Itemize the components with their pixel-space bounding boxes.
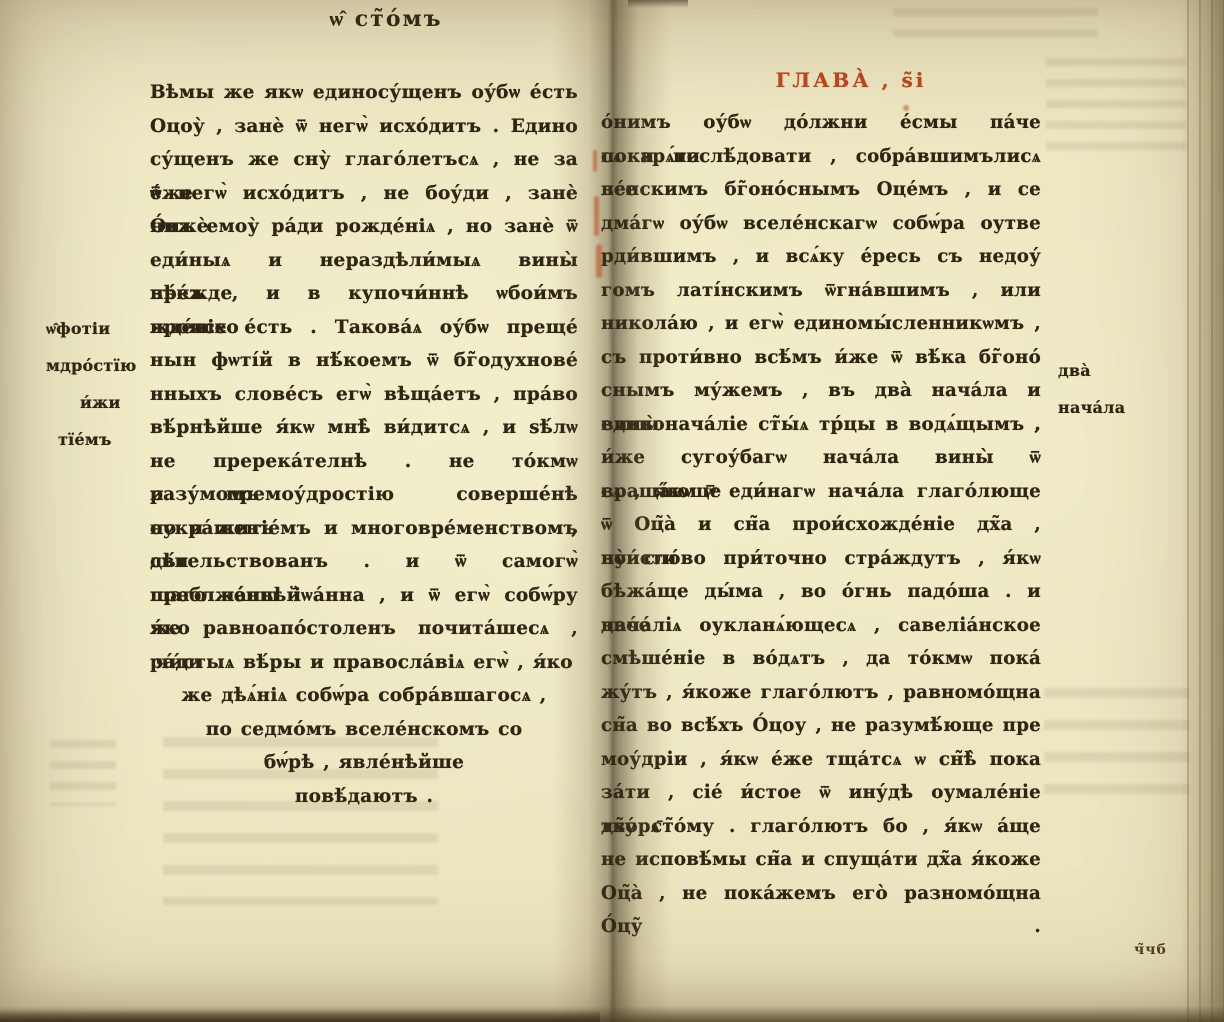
text-line: рди́вшимъ , и всѧ́ку е́ресь съ недоу́ bbox=[601, 240, 1041, 274]
text-line: не исповѣ́мы сн̃а и спуща́ти дх̃а я́коже bbox=[601, 843, 1041, 877]
text-line: нача́ла bbox=[1058, 389, 1154, 426]
text-line: су́щенъ же сну̀ глаго́летъсѧ , не за е́ж… bbox=[150, 143, 578, 177]
text-line: и́же сугоу́багѡ нача́ла вины̀ ѿ враща́ющ… bbox=[601, 441, 1041, 475]
text-line: сѧ и послѣ́довати , собра́вшимълисѧ все bbox=[601, 140, 1041, 174]
text-line: гомъ латі́нскимъ ѿгна́вшимъ , или bbox=[601, 274, 1041, 308]
text-line: за́ти , сіе́ и́стое ѿ ину́дѣ оумале́ніе … bbox=[601, 776, 1041, 810]
text-line: но и житіе́мъ и многовре́менствомъ сви bbox=[150, 512, 578, 546]
text-line: дѣ́тельствованъ . и ѿ самогѡ̀ преблже́нн… bbox=[150, 545, 578, 579]
red-ink-bleed bbox=[593, 150, 597, 172]
text-line: не пререка́телнѣ . не то́кмѡ разу́момъ bbox=[150, 445, 578, 479]
folio-mark: ч̃чб bbox=[1134, 942, 1204, 958]
text-line: нача́ліѧ оукланѧ́ющесѧ , савеліа́нское bbox=[601, 609, 1041, 643]
text-line: моу́дріи , я́кѡ е́же тща́тсѧ ѡ сн̃ѣ̀ пок… bbox=[601, 743, 1041, 777]
text-line: по седмо́мъ вселе́нскомъ со bbox=[150, 713, 578, 747]
text-line: мдро́стїю bbox=[46, 347, 150, 384]
bleedthrough-ghost bbox=[1046, 58, 1186, 150]
text-line: Оц̃а̀ , не пока́жемъ его̀ разномо́щна О́… bbox=[601, 877, 1041, 911]
bleedthrough-ghost bbox=[893, 8, 1098, 44]
text-line: сѧ , я́кѡ ѿ еди́нагѡ нача́ла глаго́люще bbox=[601, 475, 1041, 509]
text-line: тїе́мъ bbox=[46, 421, 150, 458]
top-fold-nick bbox=[628, 0, 688, 8]
book-scan: ѡ̂ ст̃о́мъ ѡ̂фотіимдро́стїюи́житїе́мъ Вѣ… bbox=[0, 0, 1224, 1022]
running-head: ѡ̂ ст̃о́мъ bbox=[296, 6, 476, 32]
text-line: жу́тъ , я́коже глаго́лютъ , равномо́щна bbox=[601, 676, 1041, 710]
text-line: дма́гѡ оу́бѡ вселе́нскагѡ собѡ́ра оутве bbox=[601, 207, 1041, 241]
text-line: же дѣѧ́ніѧ собѡ́ра собра́вшагосѧ , bbox=[150, 679, 578, 713]
page-edge-stack bbox=[1182, 0, 1224, 1022]
text-line: О́нъ емоу̀ ра́ди рожде́ніѧ , но занѐ ѿ bbox=[150, 210, 578, 244]
text-line: о́нимъ оу́бѡ до́лжни е́смы па́че покарѧ́… bbox=[601, 106, 1041, 140]
text-line: единонача́ліе ст̃ы́ѧ тр́цы в водѧ́щымъ . bbox=[601, 408, 1041, 442]
red-ink-bleed bbox=[594, 196, 599, 236]
text-line: повѣ́даютъ . bbox=[150, 780, 578, 814]
text-line: смѣше́ніе в во́дѧтъ , да то́кмѡ пока́ bbox=[601, 642, 1041, 676]
right-margin-note: два̀нача́ла bbox=[1058, 352, 1154, 426]
bleedthrough-ghost bbox=[1044, 688, 1189, 813]
chapter-heading: ГЛАВА̀ , ѕ̃і bbox=[756, 68, 946, 92]
right-text-block: о́нимъ оу́бѡ до́лжни е́смы па́че покарѧ́… bbox=[601, 106, 1041, 910]
text-line: два̀ bbox=[1058, 352, 1154, 389]
bottom-edge-shadow bbox=[0, 1006, 1224, 1022]
text-line: ѿ Оц̃а̀ и сн̃а прои́схожде́ніе дх̃а , во… bbox=[601, 508, 1041, 542]
text-line: Вѣмы же якѡ единосу́щенъ оу́бѡ е́сть bbox=[150, 76, 578, 110]
text-line: и премоу́дростію соверше́нѣ оукра́шенъ , bbox=[150, 478, 578, 512]
text-line: шаго па́пы іѡа́нна , и ѿ егѡ̀ собѡ́ру я́… bbox=[150, 579, 578, 613]
text-line: бѣжа́ще ды́ма , во о́гнь падо́ша . и дво… bbox=[601, 575, 1041, 609]
text-line: нныхъ слове́съ егѡ̀ вѣща́етъ , пра́во bbox=[150, 378, 578, 412]
text-line: ну̀ сло́во при́точно стра́ждутъ , я́кѡ bbox=[601, 542, 1041, 576]
text-line: бѡ́рѣ , явле́нѣйше bbox=[150, 746, 578, 780]
text-line: снымъ му́жемъ , въ два̀ нача́ла и вины̀ … bbox=[601, 374, 1041, 408]
text-line: никола́ю , и егѡ̀ единомы́сленникѡмъ , bbox=[601, 307, 1041, 341]
text-line: же равноапо́столенъ почита́шесѧ , ра́ди bbox=[150, 612, 578, 646]
text-line: еди́ныѧ и нераздѣли́мыѧ вины̀ пре́жде bbox=[150, 244, 578, 278]
text-line: сн̃а во всѣ́хъ О́цоу , не разумѣ́юще пре bbox=[601, 709, 1041, 743]
bleedthrough-ghost bbox=[50, 740, 116, 806]
left-text-block: Вѣмы же якѡ единосу́щенъ оу́бѡ е́стьОцоу… bbox=[150, 76, 578, 813]
text-line: ѡ̂фотіи bbox=[46, 310, 150, 347]
text-line: нын фѡті́й в нѣ́коемъ ѿ бг̃одухнове́ bbox=[150, 344, 578, 378]
text-line: ѿ негѡ̀ исхо́дитъ , не боу́ди , занѐ ниж… bbox=[150, 177, 578, 211]
text-line: жде́ніе е́сть . Такова́ѧ оу́бѡ преще́ bbox=[150, 311, 578, 345]
text-line: вѣ́рнѣйше я́кѡ мнѣ̀ ви́дитсѧ , и ѕѣ́лѡ bbox=[150, 411, 578, 445]
text-line: дх̃у́ ст̃о́му . глаго́лютъ бо , я́кѡ а́щ… bbox=[601, 810, 1041, 844]
text-line: Оцоу̀ , занѐ ѿ негѡ̀ исхо́дитъ . Едино bbox=[150, 110, 578, 144]
text-line: чи́стыѧ вѣ́ры и правосла́віѧ егѡ̀ , я́ко bbox=[150, 646, 578, 680]
left-margin-notes: ѡ̂фотіимдро́стїюи́житїе́мъ bbox=[46, 310, 150, 458]
text-line: и́жи bbox=[46, 384, 150, 421]
bottom-edge-shadow-left bbox=[0, 1010, 600, 1022]
text-line: ле́нскимъ бг̃оно́снымъ Оце́мъ , и се bbox=[601, 173, 1041, 207]
text-line: вѣ́къ , и в купочи́ннѣ ѡбои́мъ происхо bbox=[150, 277, 578, 311]
text-line: съ проти́вно всѣ́мъ и́же ѿ вѣ́ка бг̃оно́ bbox=[601, 341, 1041, 375]
